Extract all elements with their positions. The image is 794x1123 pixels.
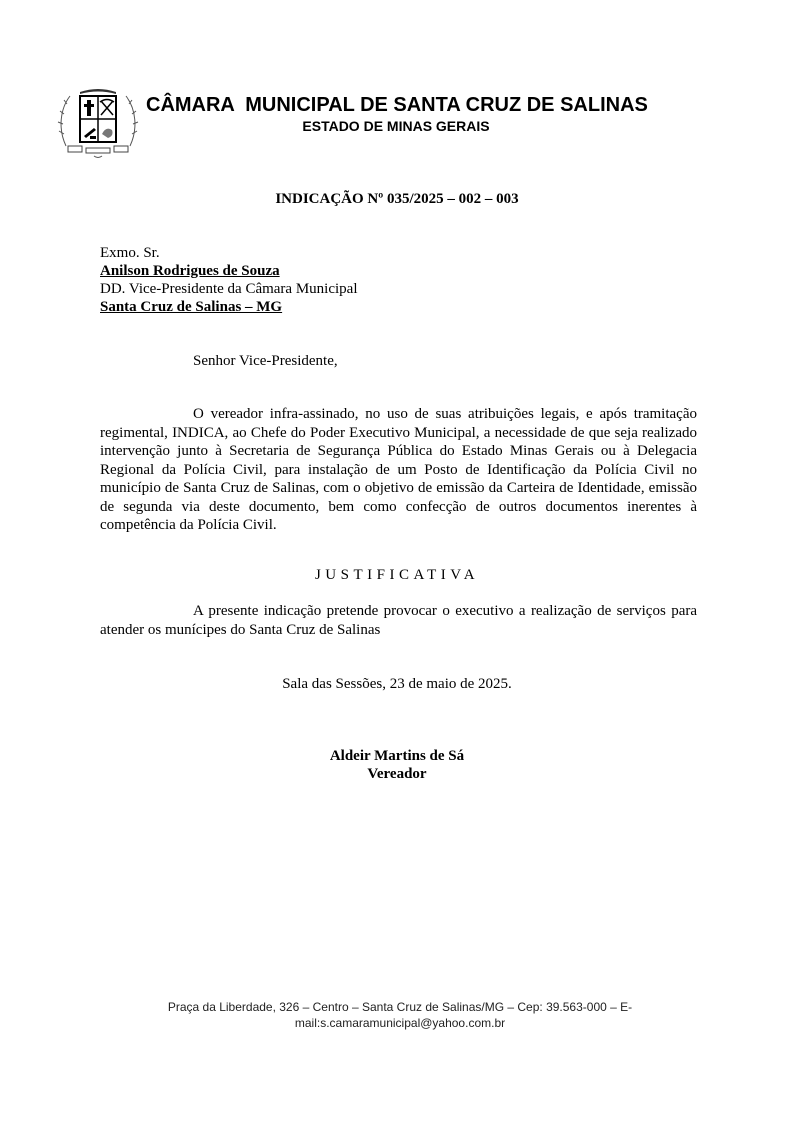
document-title: INDICAÇÃO Nº 035/2025 – 002 – 003: [0, 191, 794, 208]
recipient-name: Anilson Rodrigues de Souza: [100, 262, 358, 280]
place-date: Sala das Sessões, 23 de maio de 2025.: [0, 676, 794, 693]
coat-of-arms-icon: [56, 84, 140, 162]
signer-title: Vereador: [0, 765, 794, 783]
footer-line-1: Praça da Liberdade, 326 – Centro – Santa…: [140, 999, 660, 1015]
recipient-block: Exmo. Sr. Anilson Rodrigues de Souza DD.…: [100, 244, 358, 316]
signer-name: Aldeir Martins de Sá: [0, 747, 794, 765]
institution-state: ESTADO DE MINAS GERAIS: [146, 118, 646, 134]
justification-heading: JUSTIFICATIVA: [0, 567, 794, 584]
recipient-location: Santa Cruz de Salinas – MG: [100, 298, 358, 316]
recipient-role: DD. Vice-Presidente da Câmara Municipal: [100, 280, 358, 298]
footer-line-2: mail:s.camaramunicipal@yahoo.com.br: [140, 1015, 660, 1031]
greeting: Senhor Vice-Presidente,: [193, 353, 338, 370]
justification-paragraph: A presente indicação pretende provocar o…: [100, 602, 697, 639]
institution-name: CÂMARA MUNICIPAL DE SANTA CRUZ DE SALINA…: [146, 94, 706, 117]
recipient-salutation: Exmo. Sr.: [100, 244, 358, 262]
signature-block: Aldeir Martins de Sá Vereador: [0, 747, 794, 783]
footer-address: Praça da Liberdade, 326 – Centro – Santa…: [140, 999, 660, 1031]
body-paragraph: O vereador infra-assinado, no uso de sua…: [100, 405, 697, 535]
